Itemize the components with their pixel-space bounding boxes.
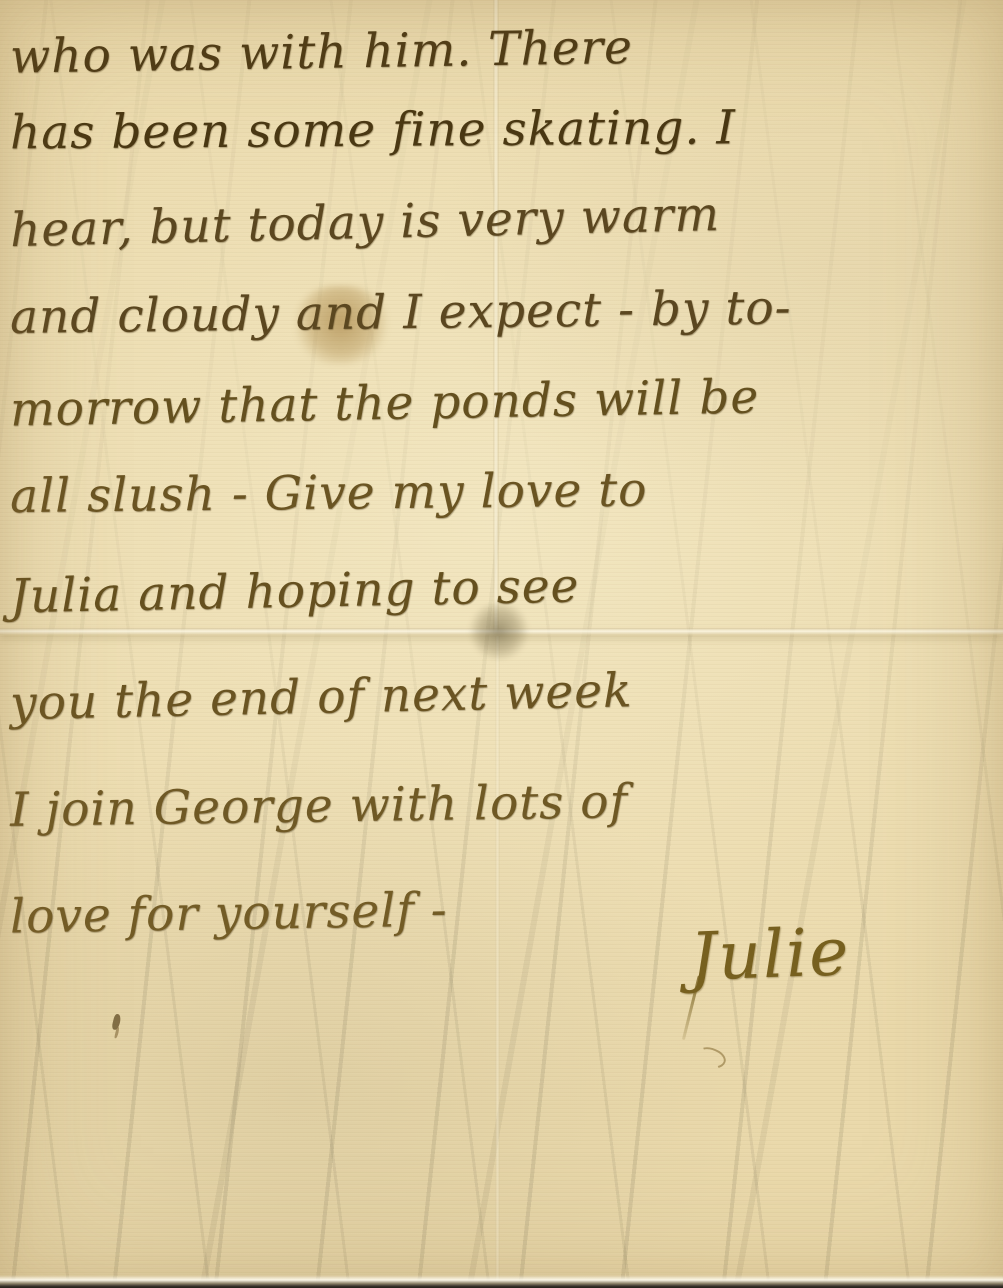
letter-line-6: all slush - Give my love to xyxy=(10,459,990,524)
letter-line-1: who was with him. There xyxy=(10,14,990,84)
letter-line-10: love for yourself - xyxy=(10,879,704,945)
paper-bottom-edge xyxy=(0,1275,1003,1288)
letter-line-9: I join George with lots of xyxy=(10,769,990,838)
letter-line-4: and cloudy and I expect - by to- xyxy=(10,278,990,345)
letter-line-5: morrow that the ponds will be xyxy=(10,365,990,437)
letter-line-3: hear, but today is very warm xyxy=(10,181,990,258)
letter-page: who was with him. There has been some fi… xyxy=(0,0,1003,1288)
letter-line-2: has been some fine skating. I xyxy=(10,99,989,161)
handwritten-text: who was with him. There has been some fi… xyxy=(0,0,1003,1288)
letter-line-8: you the end of next week xyxy=(10,656,990,731)
signature: Julie xyxy=(619,911,922,998)
letter-line-7: Julia and hoping to see xyxy=(10,551,990,625)
